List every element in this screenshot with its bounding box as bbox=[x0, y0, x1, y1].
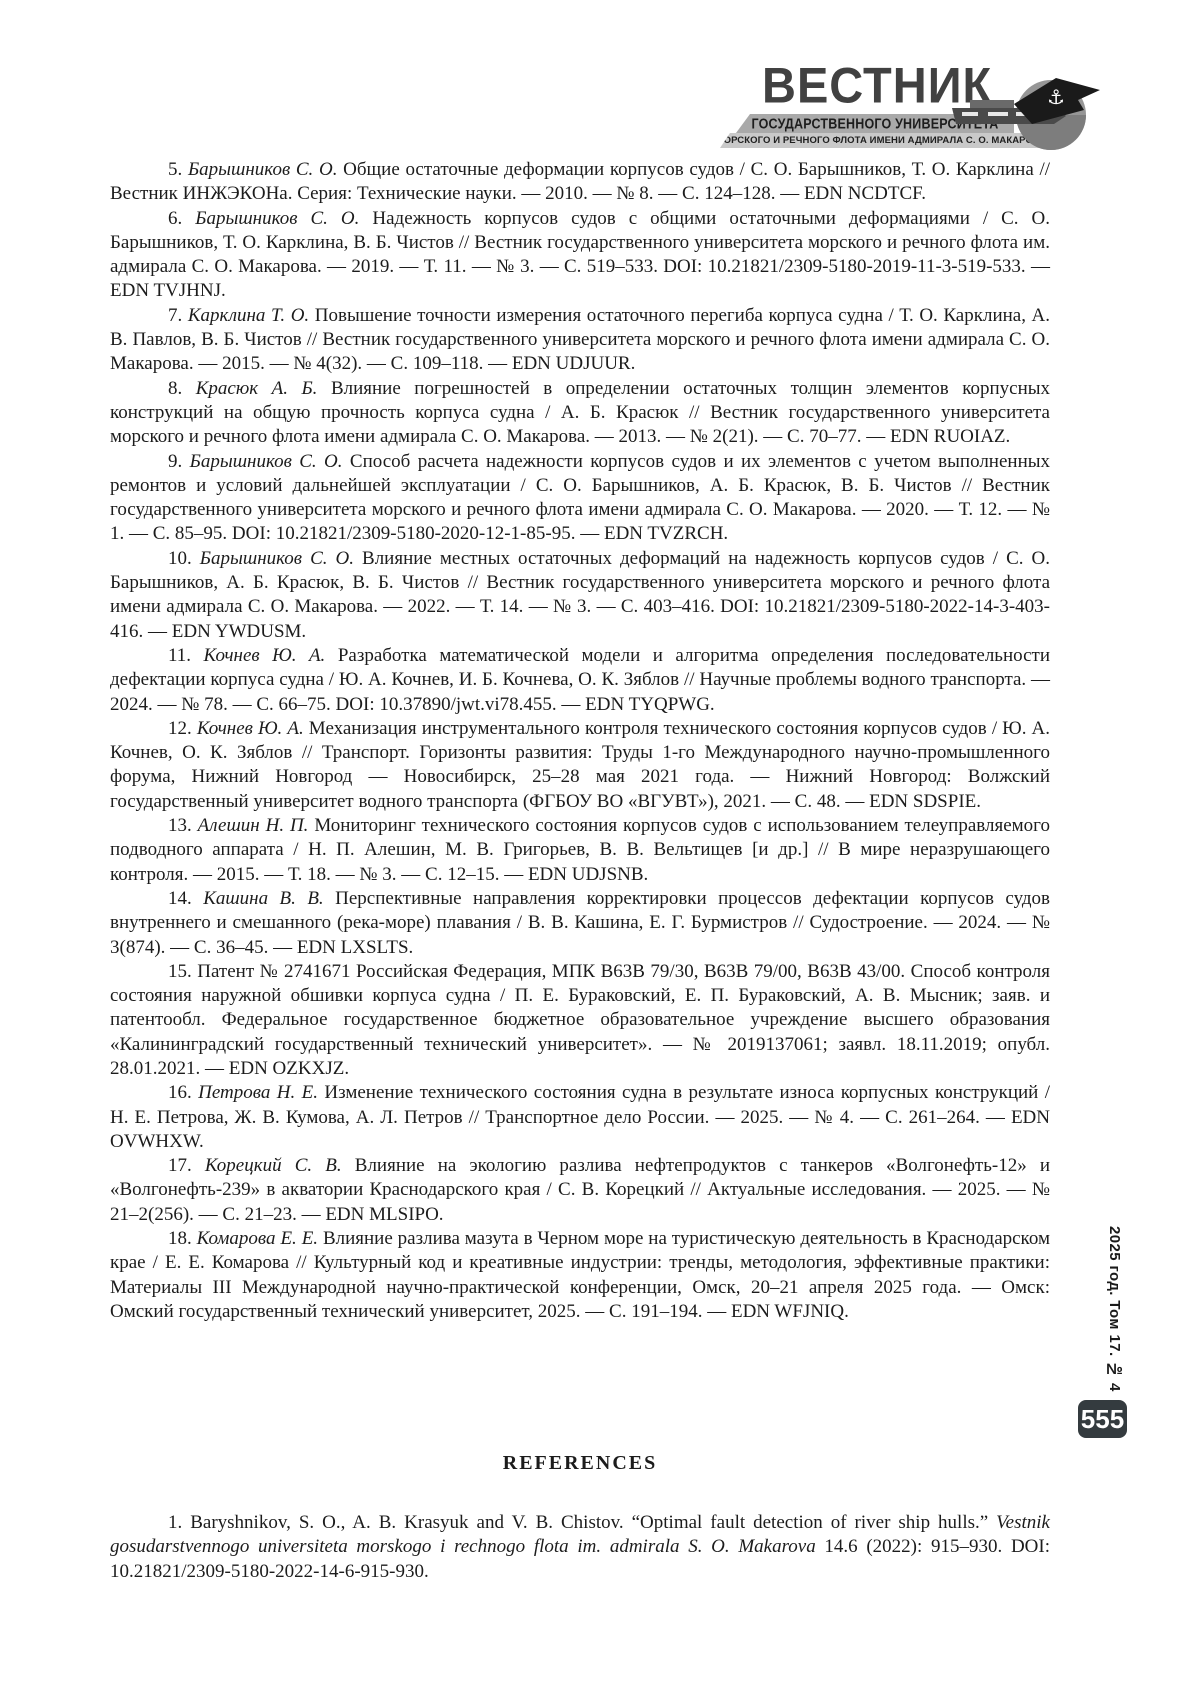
spine-issue-label: 2025 год. Том 17. № 4 bbox=[1106, 1226, 1123, 1401]
reference-author: Кашина В. В. bbox=[203, 888, 323, 909]
references-heading: REFERENCES bbox=[110, 1452, 1050, 1475]
reference-author: Кочнев Ю. А. bbox=[197, 718, 304, 739]
reference-author: Барышников С. О. bbox=[195, 208, 359, 229]
reference-author: Барышников С. О. bbox=[190, 451, 343, 472]
anchor-icon: ⚓ bbox=[1047, 85, 1065, 109]
journal-logo: ВЕСТНИК ГОСУДАРСТВЕННОГО УНИВЕРСИТЕТА МО… bbox=[690, 52, 1110, 162]
reference-item: 15. Патент № 2741671 Российская Федераци… bbox=[110, 960, 1050, 1081]
reference-author: Алешин Н. П. bbox=[198, 815, 309, 836]
references-list: 1. Baryshnikov, S. O., A. B. Krasyuk and… bbox=[110, 1511, 1050, 1584]
reference-author: Кочнев Ю. А. bbox=[204, 645, 326, 666]
reference-author: Корецкий С. В. bbox=[205, 1155, 342, 1176]
reference-item-en: 1. Baryshnikov, S. O., A. B. Krasyuk and… bbox=[110, 1511, 1050, 1584]
bibliography-list: 5. Барышников С. О. Общие остаточные деф… bbox=[110, 158, 1050, 1324]
pennant-flag-icon: ⚓ bbox=[1014, 78, 1100, 124]
reference-author: Красюк А. Б. bbox=[196, 378, 318, 399]
reference-item: 13. Алешин Н. П. Мониторинг технического… bbox=[110, 814, 1050, 887]
reference-item: 9. Барышников С. О. Способ расчета надеж… bbox=[110, 450, 1050, 547]
journal-page: ВЕСТНИК ГОСУДАРСТВЕННОГО УНИВЕРСИТЕТА МО… bbox=[0, 0, 1200, 1697]
page-number-badge: 555 bbox=[1078, 1400, 1127, 1438]
reference-item: 16. Петрова Н. Е. Изменение технического… bbox=[110, 1081, 1050, 1154]
reference-item: 14. Кашина В. В. Перспективные направлен… bbox=[110, 887, 1050, 960]
reference-item: 5. Барышников С. О. Общие остаточные деф… bbox=[110, 158, 1050, 207]
reference-author: Барышников С. О. bbox=[200, 548, 354, 569]
journal-title-italic: Vestnik gosudarstvennogo universiteta mo… bbox=[110, 1512, 1050, 1557]
reference-item: 17. Корецкий С. В. Влияние на экологию р… bbox=[110, 1154, 1050, 1227]
reference-author: Петрова Н. Е. bbox=[198, 1082, 318, 1103]
reference-item: 11. Кочнев Ю. А. Разработка математическ… bbox=[110, 644, 1050, 717]
reference-item: 12. Кочнев Ю. А. Механизация инструмента… bbox=[110, 717, 1050, 814]
reference-item: 8. Красюк А. Б. Влияние погрешностей в о… bbox=[110, 377, 1050, 450]
logo-emblem: ⚓ bbox=[870, 52, 1110, 162]
reference-item: 6. Барышников С. О. Надежность корпусов … bbox=[110, 207, 1050, 304]
reference-item: 7. Карклина Т. О. Повышение точности изм… bbox=[110, 304, 1050, 377]
reference-author: Карклина Т. О. bbox=[188, 305, 309, 326]
reference-item: 10. Барышников С. О. Влияние местных ост… bbox=[110, 547, 1050, 644]
reference-author: Комарова Е. Е. bbox=[197, 1228, 318, 1249]
reference-author: Барышников С. О. bbox=[188, 159, 338, 180]
reference-item: 18. Комарова Е. Е. Влияние разлива мазут… bbox=[110, 1227, 1050, 1324]
references-section: REFERENCES 1. Baryshnikov, S. O., A. B. … bbox=[110, 1452, 1050, 1584]
